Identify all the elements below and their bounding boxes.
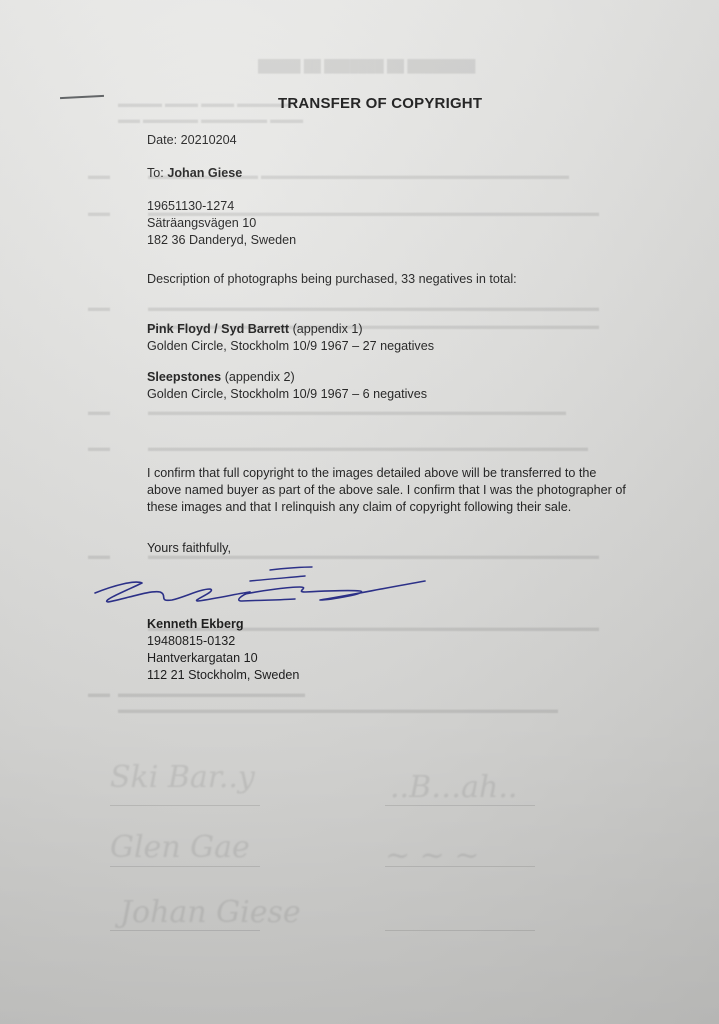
recipient-street: Säträangsvägen 10 bbox=[147, 214, 256, 232]
signatory-name: Kenneth Ekberg bbox=[147, 615, 244, 633]
signatory-city: 112 21 Stockholm, Sweden bbox=[147, 666, 299, 684]
confirmation-line-3: these images and that I relinquish any c… bbox=[147, 498, 571, 516]
item-1-detail: Golden Circle, Stockholm 10/9 1967 – 27 … bbox=[147, 337, 434, 355]
item-1-title: Pink Floyd / Syd Barrett bbox=[147, 322, 289, 336]
item-2-detail: Golden Circle, Stockholm 10/9 1967 – 6 n… bbox=[147, 385, 427, 403]
recipient-city: 182 36 Danderyd, Sweden bbox=[147, 231, 296, 249]
signatory-name-text: Kenneth Ekberg bbox=[147, 617, 244, 631]
date-label: Date: bbox=[147, 133, 177, 147]
document-title: TRANSFER OF COPYRIGHT bbox=[278, 95, 482, 112]
item-1-appendix: (appendix 1) bbox=[293, 322, 363, 336]
recipient-line: To: Johan Giese bbox=[147, 164, 242, 182]
date-value: 20210204 bbox=[181, 133, 237, 147]
recipient-name: Johan Giese bbox=[167, 166, 242, 180]
signatory-street: Hantverkargatan 10 bbox=[147, 649, 258, 667]
recipient-id: 19651130-1274 bbox=[147, 197, 234, 215]
closing: Yours faithfully, bbox=[147, 539, 231, 557]
item-2-appendix: (appendix 2) bbox=[225, 370, 295, 384]
date-line: Date: 20210204 bbox=[147, 131, 237, 149]
confirmation-line-1: I confirm that full copyright to the ima… bbox=[147, 464, 596, 482]
to-label: To: bbox=[147, 166, 164, 180]
pen-mark bbox=[60, 95, 104, 99]
handwritten-signature bbox=[90, 565, 430, 615]
item-1-heading: Pink Floyd / Syd Barrett (appendix 1) bbox=[147, 320, 363, 338]
item-2-title: Sleepstones bbox=[147, 370, 221, 384]
description-text: Description of photographs being purchas… bbox=[147, 270, 517, 288]
scanned-document-page: █████ ██ ███████ ██ ████████ ▬▬▬▬ ▬▬▬ ▬▬… bbox=[0, 0, 719, 1024]
signatory-id: 19480815-0132 bbox=[147, 632, 235, 650]
item-2-heading: Sleepstones (appendix 2) bbox=[147, 368, 295, 386]
confirmation-line-2: above named buyer as part of the above s… bbox=[147, 481, 626, 499]
